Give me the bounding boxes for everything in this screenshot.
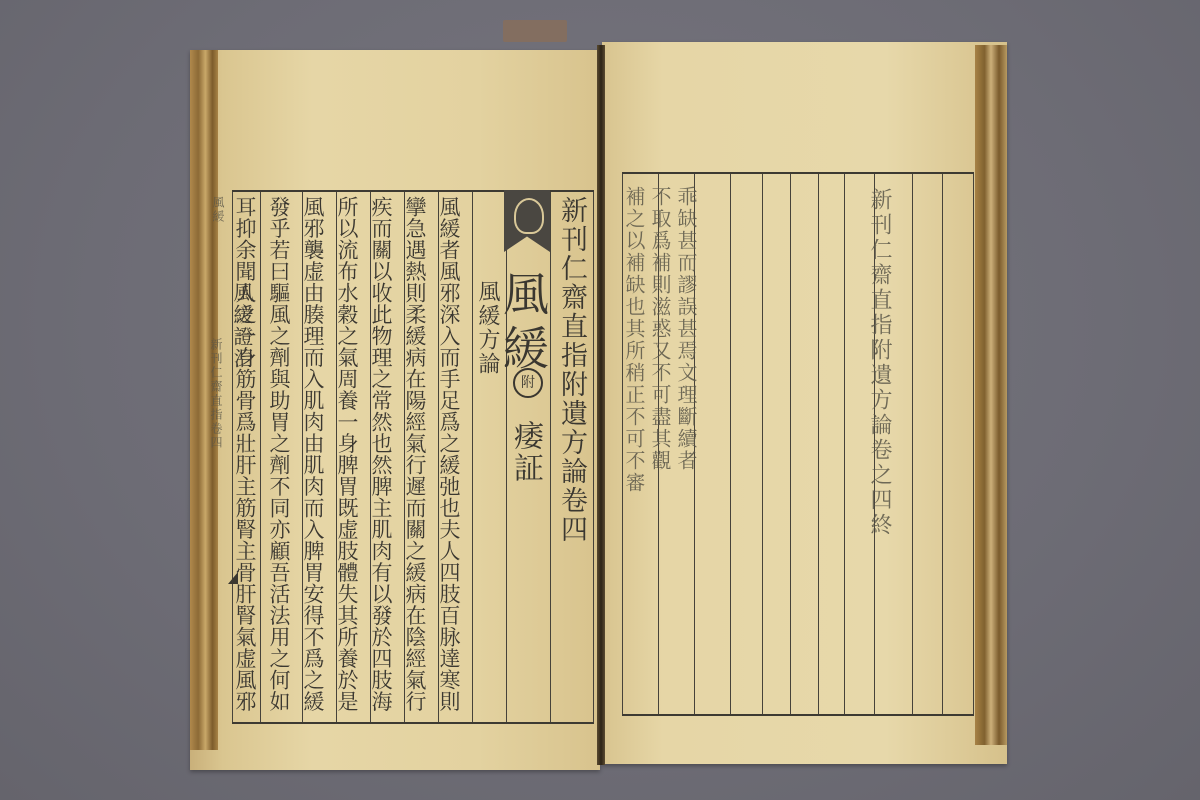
- text-column-3: 疾而關以收此物理之常然也然脾主肌肉有以發於四肢海: [370, 196, 391, 712]
- text-column-4: 所以流布水穀之氣周養一身脾胃既虚肢體失其所養於是: [336, 196, 357, 712]
- section-heading: 風緩方論: [476, 280, 498, 376]
- colophon-column-3: 補之以補缺也其所稍正不可不審: [624, 186, 644, 494]
- gutter-label: 風緩: [212, 196, 224, 224]
- text-column-1: 風緩者風邪深入而手足爲之緩弛也夫人四肢百脉達寒則: [438, 196, 459, 712]
- text-column-6: 發乎若曰驅風之劑與助胃之劑不同亦顧吾活法用之何如: [268, 196, 289, 712]
- edge-triangle-mark: [228, 572, 238, 584]
- chapter-subtitle: 痿証: [510, 420, 540, 484]
- margin-title: 新刊仁齋直指附遺方論卷四: [558, 196, 585, 544]
- text-column-7: 耳抑余聞人之一身筋骨爲壯肝主筋腎主骨肝腎氣虚風邪: [234, 196, 255, 712]
- chapter-title: 風緩: [500, 270, 546, 378]
- right-margin-title: 新刊仁齋直指附遺方論卷之四終: [868, 188, 890, 538]
- colophon-column-1: 乖缺甚而謬誤甚焉文理斷續者: [676, 186, 696, 472]
- gutter-text: 新刊仁齋直指卷四: [210, 338, 222, 450]
- text-column-2: 攣急遇熱則柔緩病在陽經氣行遲而關之緩病在陰經氣行: [404, 196, 425, 712]
- book-spine: [597, 45, 605, 765]
- text-column-5: 風邪襲虚由腠理而入肌肉由肌肉而入脾胃安得不爲之緩: [302, 196, 323, 712]
- treatment-heading: 風緩證治: [232, 282, 252, 370]
- appendix-circle-mark: 附: [513, 368, 543, 398]
- catalog-sticker: [503, 20, 567, 42]
- right-page-edge: [975, 45, 1007, 745]
- fish-tail-ornament-inner: [514, 198, 544, 234]
- colophon-column-2: 不取爲補則滋惑又不可盡其觀: [650, 186, 670, 472]
